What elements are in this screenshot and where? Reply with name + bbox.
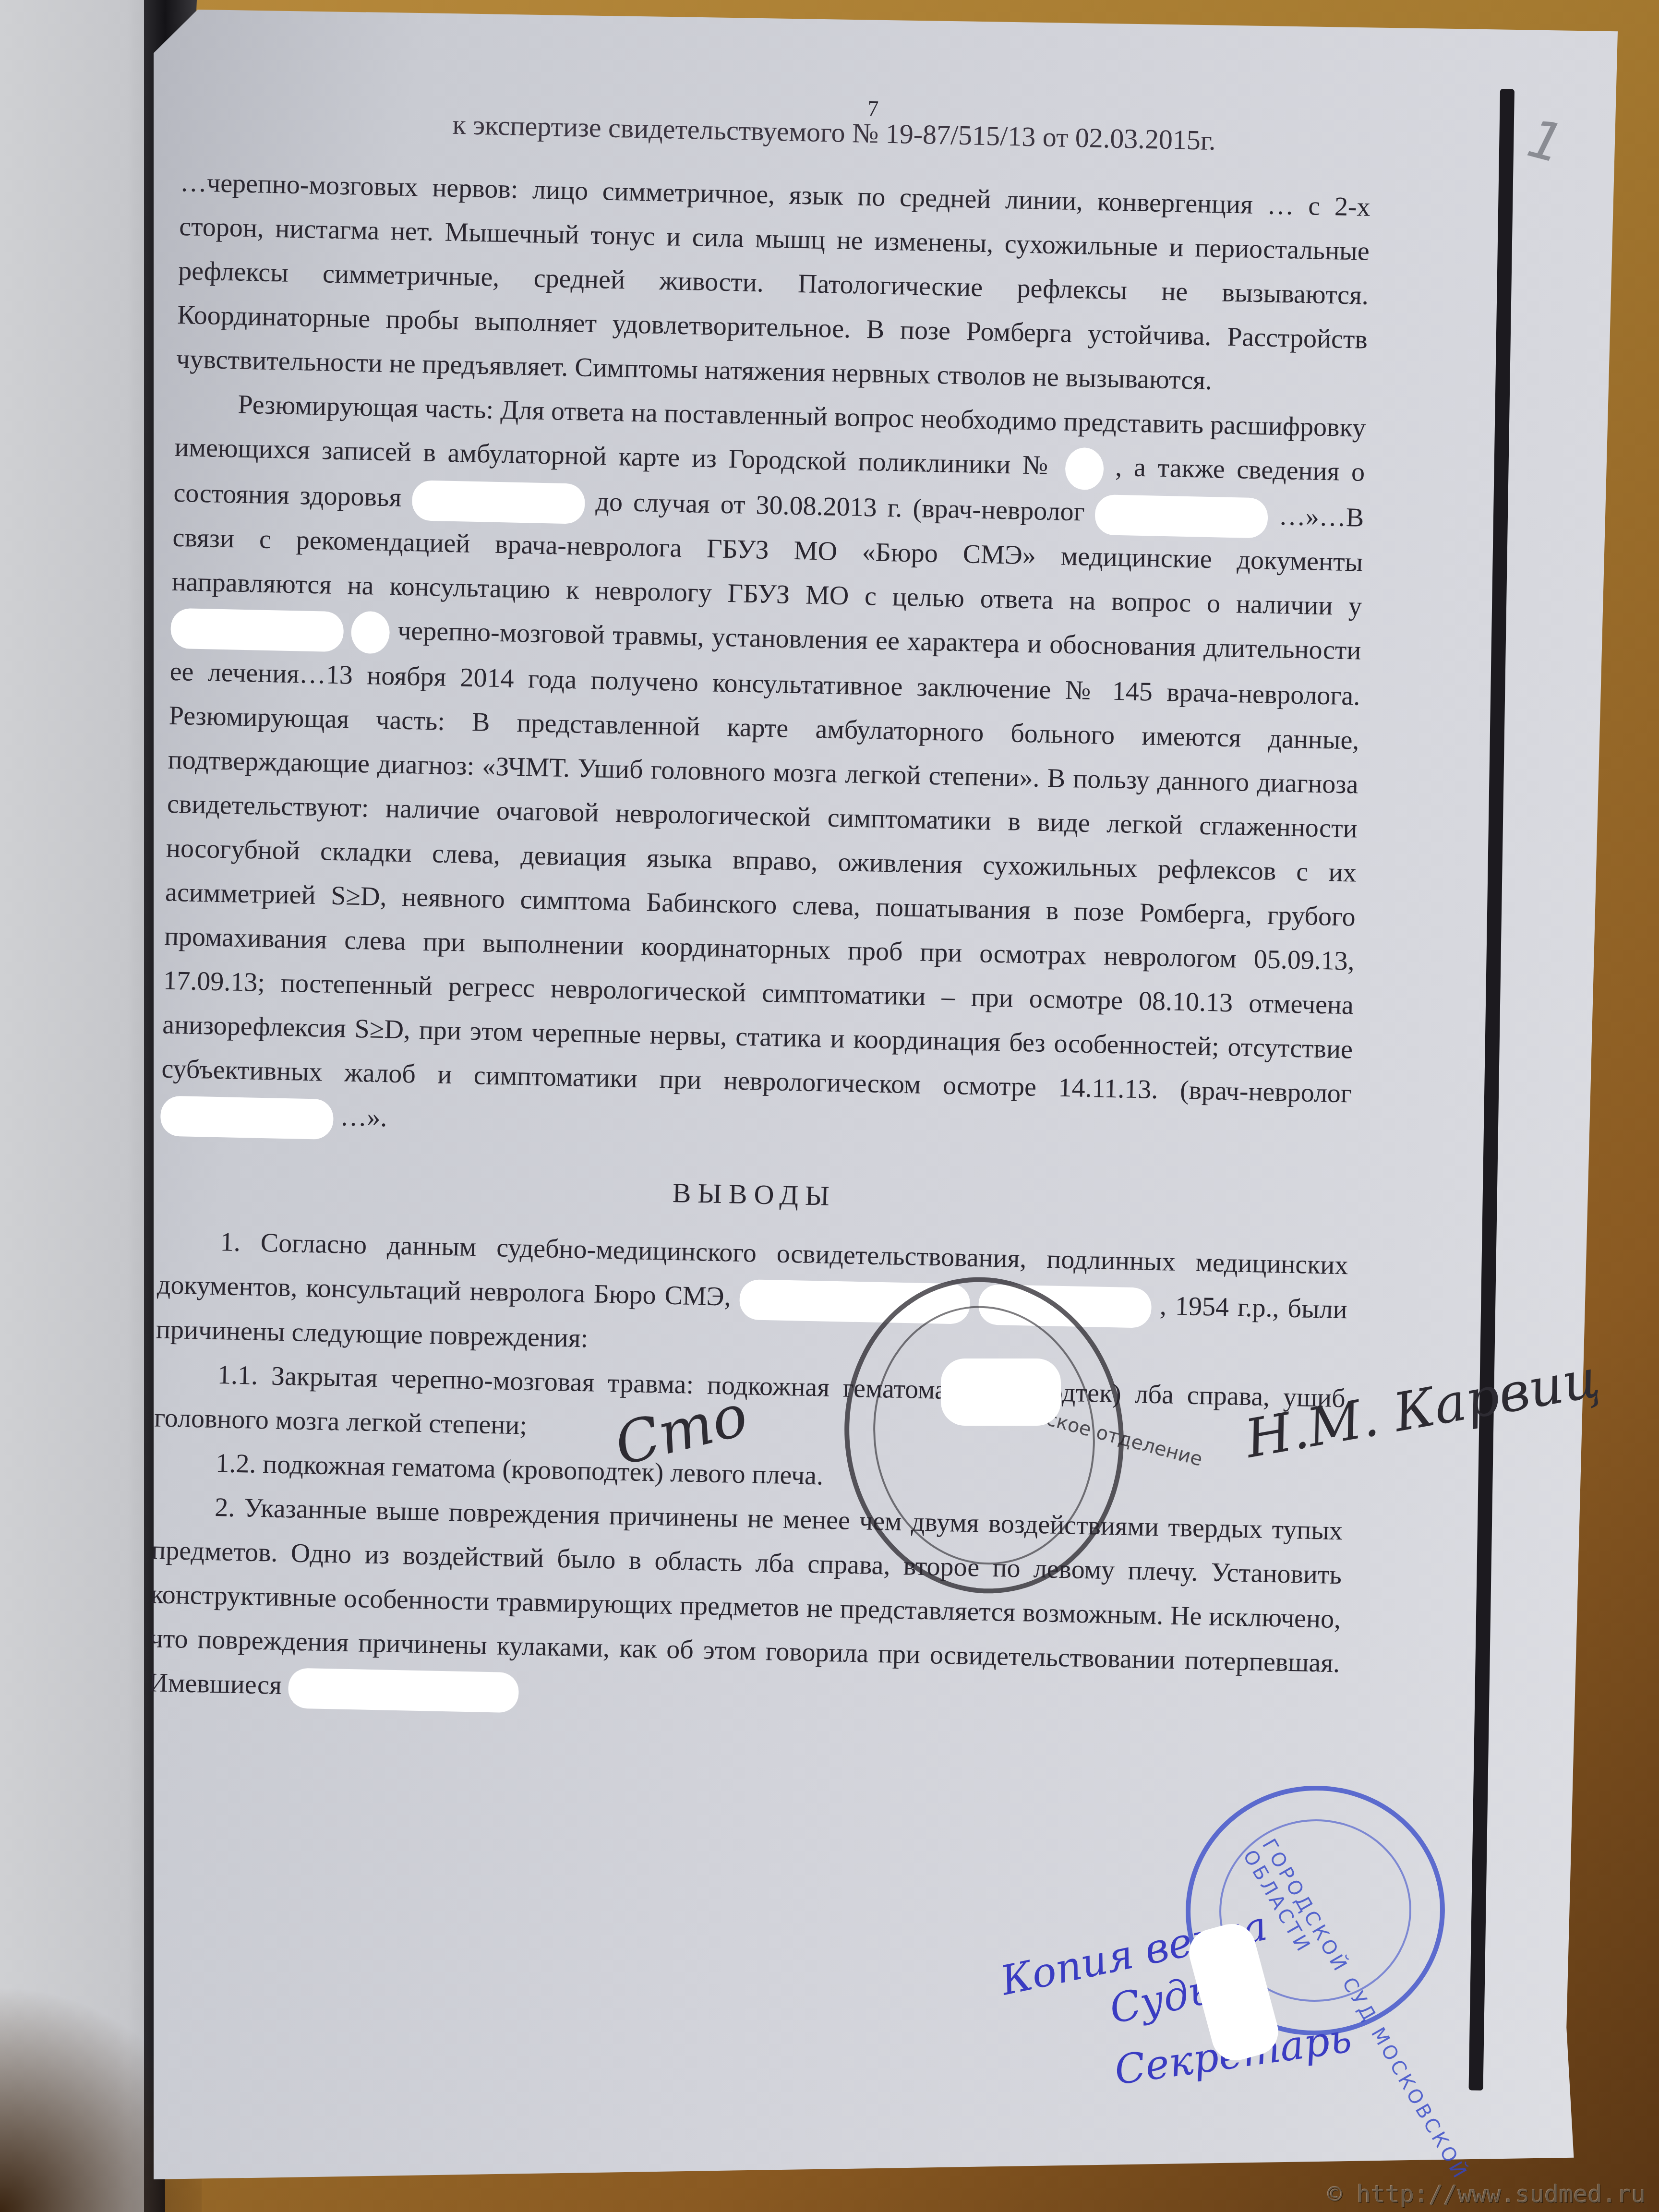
summary-paragraph: Резюмирующая часть: Для ответа на постав… [160, 381, 1366, 1161]
conclusion-1: 1. Согласно данным судебно-медицинского … [156, 1218, 1348, 1376]
redaction [1065, 447, 1104, 491]
neuro-exam-paragraph: …черепно-мозговых нервов: лицо симметрич… [176, 160, 1371, 406]
redaction [1095, 494, 1269, 539]
redaction [411, 481, 585, 525]
redaction [170, 608, 344, 652]
redaction [160, 1095, 334, 1140]
conclusion-2: 2. Указанные выше повреждения причинены … [148, 1484, 1343, 1730]
document-body: 7 к экспертизе свидетельствуемого № 19-8… [148, 72, 1373, 1730]
redaction [288, 1668, 519, 1713]
redaction [941, 1358, 1061, 1426]
binder-left-page [0, 0, 158, 2212]
redaction [351, 611, 390, 654]
conclusions-heading: ВЫВОДЫ [159, 1160, 1350, 1229]
site-watermark: © http://www.sudmed.ru [1328, 2180, 1646, 2208]
